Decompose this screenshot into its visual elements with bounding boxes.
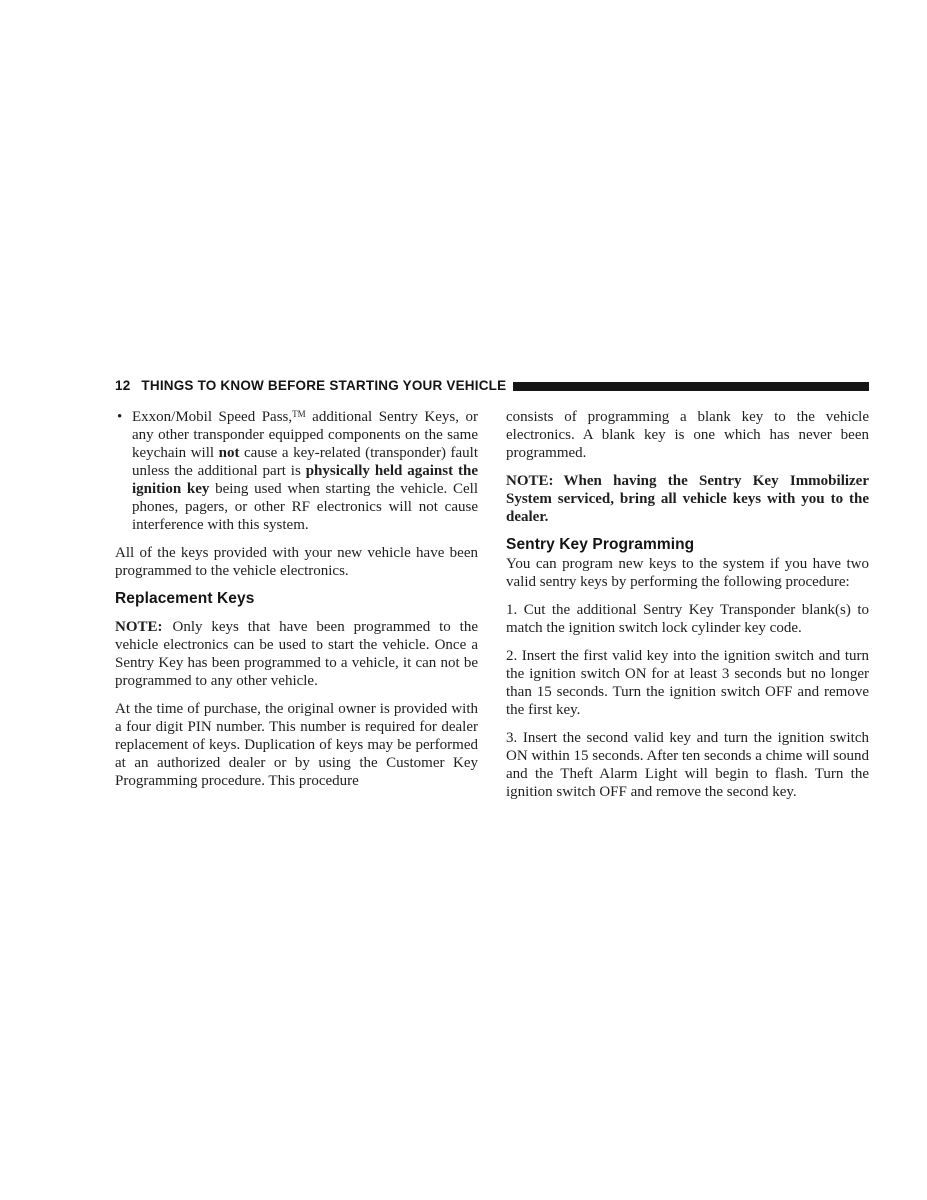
heading-replacement-keys: Replacement Keys <box>115 590 478 607</box>
two-column-layout: •Exxon/Mobil Speed Pass,TM additional Se… <box>115 408 869 801</box>
page-number: 12 <box>115 378 130 393</box>
header-rule-bar <box>513 382 869 391</box>
heading-sentry-key-programming: Sentry Key Programming <box>506 536 869 553</box>
page-header-title: THINGS TO KNOW BEFORE STARTING YOUR VEHI… <box>141 378 506 393</box>
note-label: NOTE: <box>506 473 554 489</box>
step-item-2: 2. Insert the first valid key into the i… <box>506 647 869 719</box>
paragraph-programming-intro: You can program new keys to the system i… <box>506 555 869 591</box>
manual-page: 12 THINGS TO KNOW BEFORE STARTING YOUR V… <box>0 0 927 1200</box>
bullet-text-bold-segment: not <box>219 445 240 461</box>
note-label: NOTE: <box>115 619 163 635</box>
right-column: consists of programming a blank key to t… <box>506 408 869 801</box>
page-content: 12 THINGS TO KNOW BEFORE STARTING YOUR V… <box>115 378 869 801</box>
step-item-3: 3. Insert the second valid key and turn … <box>506 729 869 801</box>
note-text: When having the Sentry Key Immobilizer S… <box>506 473 869 525</box>
note-paragraph-bold: NOTE:When having the Sentry Key Immobili… <box>506 472 869 526</box>
bullet-item-speed-pass: •Exxon/Mobil Speed Pass,TM additional Se… <box>115 408 478 534</box>
note-paragraph: NOTE:Only keys that have been programmed… <box>115 618 478 690</box>
bullet-text-segment: Exxon/Mobil Speed Pass, <box>132 409 292 425</box>
trademark-superscript: TM <box>292 409 306 419</box>
paragraph-consists: consists of programming a blank key to t… <box>506 408 869 462</box>
bullet-marker: • <box>117 408 122 426</box>
left-column: •Exxon/Mobil Speed Pass,TM additional Se… <box>115 408 478 801</box>
step-item-1: 1. Cut the additional Sentry Key Transpo… <box>506 601 869 637</box>
paragraph-purchase-pin: At the time of purchase, the original ow… <box>115 700 478 790</box>
running-header: 12 THINGS TO KNOW BEFORE STARTING YOUR V… <box>115 378 869 393</box>
paragraph-all-keys: All of the keys provided with your new v… <box>115 544 478 580</box>
note-text: Only keys that have been programmed to t… <box>115 619 478 689</box>
